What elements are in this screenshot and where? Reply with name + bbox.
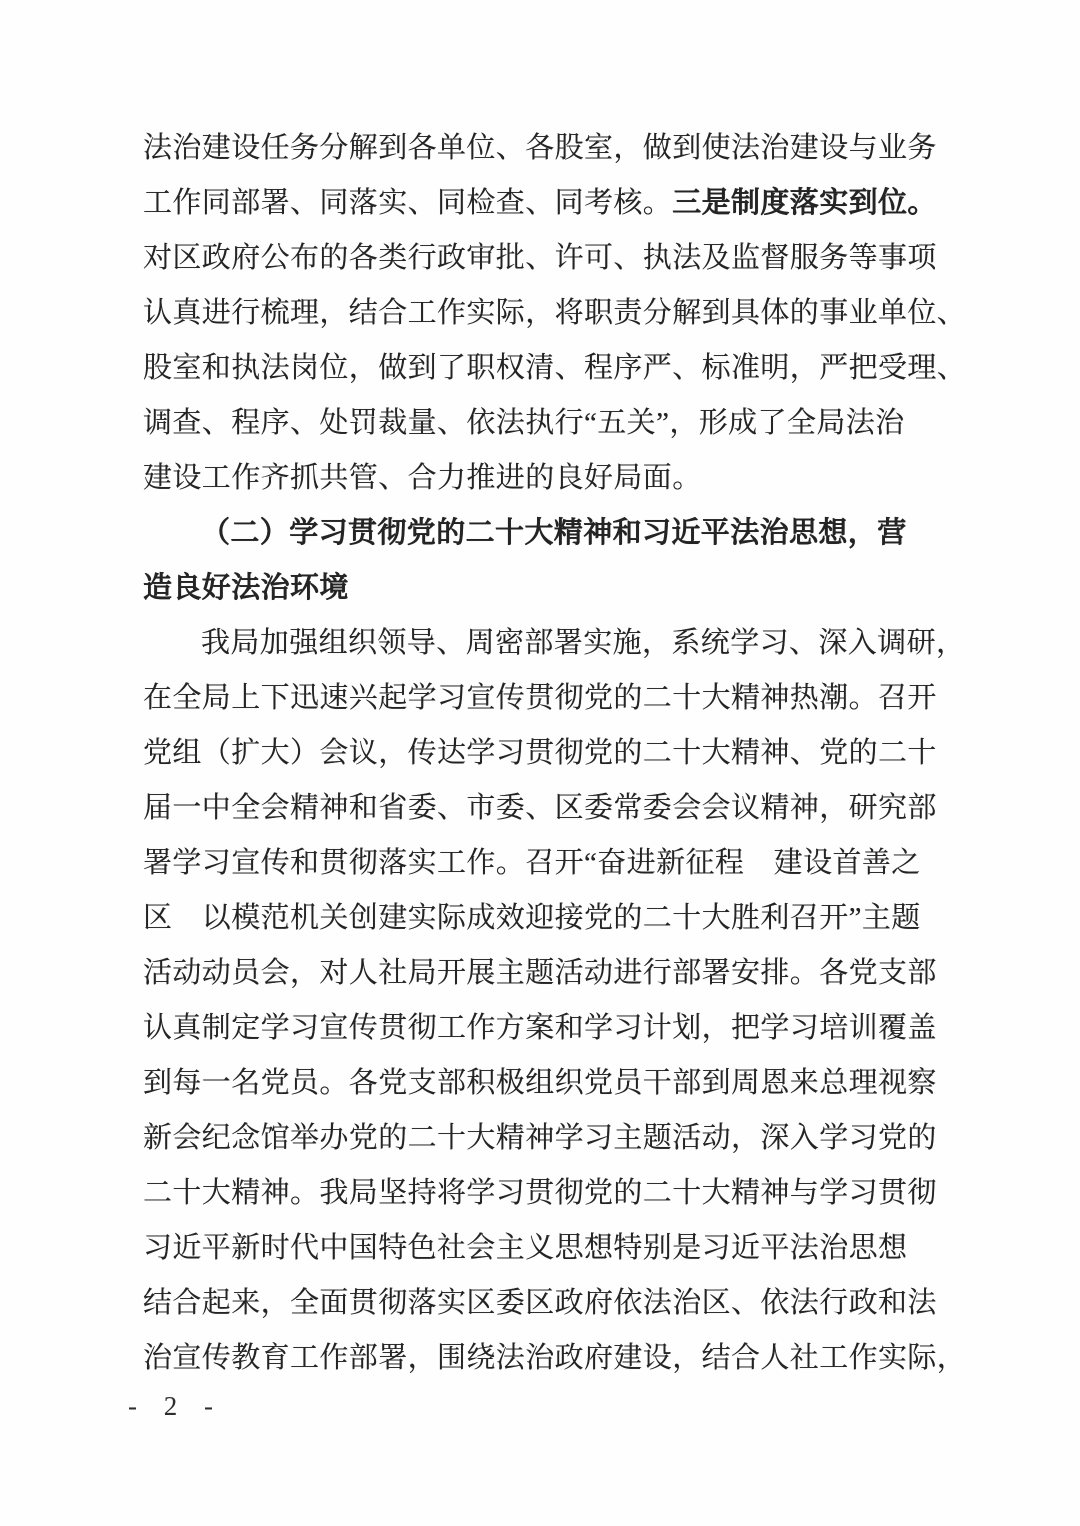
text-run: 认真进行梳理，结合工作实际，将职责分解到具体的事业单位、	[143, 297, 966, 329]
text-run: 法治建设任务分解到各单位、各股室，做到使法治建设与业务	[143, 132, 937, 164]
text-run: 建设工作齐抓共管、合力推进的良好局面。	[143, 462, 702, 494]
text-line: 到每一名党员。各党支部积极组织党员干部到周恩来总理视察	[143, 1056, 943, 1111]
text-run: 股室和执法岗位，做到了职权清、程序严、标准明，严把受理、	[143, 352, 966, 384]
bold-text-run: 造良好法治环境	[143, 572, 349, 604]
text-line: 届一中全会精神和省委、市委、区委常委会会议精神，研究部	[143, 781, 943, 836]
text-run: 结合起来，全面贯彻落实区委区政府依法治区、依法行政和法	[143, 1287, 937, 1319]
text-line: 在全局上下迅速兴起学习宣传贯彻党的二十大精神热潮。召开	[143, 671, 943, 726]
text-line: 建设工作齐抓共管、合力推进的良好局面。	[143, 451, 943, 506]
text-line: 工作同部署、同落实、同检查、同考核。三是制度落实到位。	[143, 176, 943, 231]
text-run: 工作同部署、同落实、同检查、同考核。	[143, 187, 672, 219]
text-line: 新会纪念馆举办党的二十大精神学习主题活动，深入学习党的	[143, 1111, 943, 1166]
text-run: 届一中全会精神和省委、市委、区委常委会会议精神，研究部	[143, 792, 937, 824]
heading-line: 造良好法治环境	[143, 561, 943, 616]
text-line: 区 以模范机关创建实际成效迎接党的二十大胜利召开”主题	[143, 891, 943, 946]
bold-text-run: 三是制度落实到位。	[672, 187, 937, 219]
page-number: - 2 -	[128, 1386, 223, 1426]
text-run: 署学习宣传和贯彻落实工作。召开“奋进新征程 建设首善之	[143, 847, 921, 879]
text-run: 党组（扩大）会议，传达学习贯彻党的二十大精神、党的二十	[143, 737, 937, 769]
text-line: 党组（扩大）会议，传达学习贯彻党的二十大精神、党的二十	[143, 726, 943, 781]
bold-text-run: （二）学习贯彻党的二十大精神和习近平法治思想，营	[201, 517, 907, 549]
text-run: 区 以模范机关创建实际成效迎接党的二十大胜利召开”主题	[143, 902, 921, 934]
text-run: 活动动员会，对人社局开展主题活动进行部署安排。各党支部	[143, 957, 937, 989]
text-run: 习近平新时代中国特色社会主义思想特别是习近平法治思想	[143, 1232, 907, 1264]
text-run: 认真制定学习宣传贯彻工作方案和学习计划，把学习培训覆盖	[143, 1012, 937, 1044]
text-line: 股室和执法岗位，做到了职权清、程序严、标准明，严把受理、	[143, 341, 943, 396]
text-line: 治宣传教育工作部署，围绕法治政府建设，结合人社工作实际，	[143, 1331, 943, 1386]
text-line: 我局加强组织领导、周密部署实施，系统学习、深入调研，	[143, 616, 943, 671]
text-run: 我局加强组织领导、周密部署实施，系统学习、深入调研，	[201, 627, 965, 659]
text-line: 二十大精神。我局坚持将学习贯彻党的二十大精神与学习贯彻	[143, 1166, 943, 1221]
text-line: 习近平新时代中国特色社会主义思想特别是习近平法治思想	[143, 1221, 943, 1276]
text-line: 认真制定学习宣传贯彻工作方案和学习计划，把学习培训覆盖	[143, 1001, 943, 1056]
text-run: 新会纪念馆举办党的二十大精神学习主题活动，深入学习党的	[143, 1122, 937, 1154]
text-run: 到每一名党员。各党支部积极组织党员干部到周恩来总理视察	[143, 1067, 937, 1099]
text-line: 法治建设任务分解到各单位、各股室，做到使法治建设与业务	[143, 121, 943, 176]
text-run: 治宣传教育工作部署，围绕法治政府建设，结合人社工作实际，	[143, 1342, 966, 1374]
text-run: 二十大精神。我局坚持将学习贯彻党的二十大精神与学习贯彻	[143, 1177, 937, 1209]
text-line: 活动动员会，对人社局开展主题活动进行部署安排。各党支部	[143, 946, 943, 1001]
text-line: 署学习宣传和贯彻落实工作。召开“奋进新征程 建设首善之	[143, 836, 943, 891]
heading-line: （二）学习贯彻党的二十大精神和习近平法治思想，营	[143, 506, 943, 561]
text-run: 对区政府公布的各类行政审批、许可、执法及监督服务等事项	[143, 242, 937, 274]
text-line: 调查、程序、处罚裁量、依法执行“五关”，形成了全局法治	[143, 396, 943, 451]
scanned-document-page: 法治建设任务分解到各单位、各股室，做到使法治建设与业务工作同部署、同落实、同检查…	[0, 0, 1080, 1526]
text-line: 结合起来，全面贯彻落实区委区政府依法治区、依法行政和法	[143, 1276, 943, 1331]
document-body: 法治建设任务分解到各单位、各股室，做到使法治建设与业务工作同部署、同落实、同检查…	[143, 121, 943, 1386]
text-run: 调查、程序、处罚裁量、依法执行“五关”，形成了全局法治	[143, 407, 905, 439]
text-line: 对区政府公布的各类行政审批、许可、执法及监督服务等事项	[143, 231, 943, 286]
text-run: 在全局上下迅速兴起学习宣传贯彻党的二十大精神热潮。召开	[143, 682, 937, 714]
text-line: 认真进行梳理，结合工作实际，将职责分解到具体的事业单位、	[143, 286, 943, 341]
